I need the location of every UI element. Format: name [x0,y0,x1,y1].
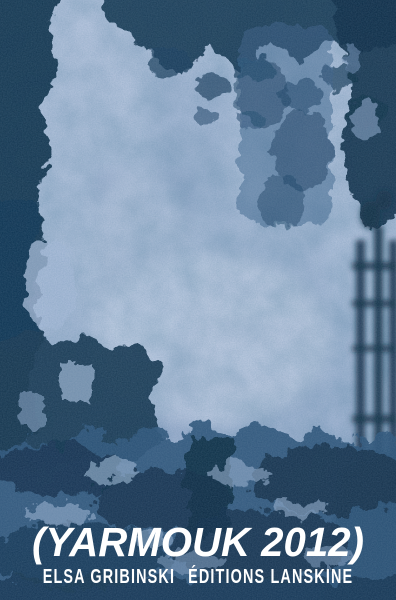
grain-light [0,0,396,600]
publisher-name: ÉDITIONS LANSKINE [188,566,353,588]
byline: ELSA GRIBINSKI ÉDITIONS LANSKINE [55,566,340,588]
book-cover: (YARMOUK 2012) ELSA GRIBINSKI ÉDITIONS L… [0,0,396,600]
book-title: (YARMOUK 2012) [4,522,392,563]
author-name: ELSA GRIBINSKI [43,566,175,588]
title-block: (YARMOUK 2012) ELSA GRIBINSKI ÉDITIONS L… [0,522,396,588]
ruins-photo [0,0,396,600]
